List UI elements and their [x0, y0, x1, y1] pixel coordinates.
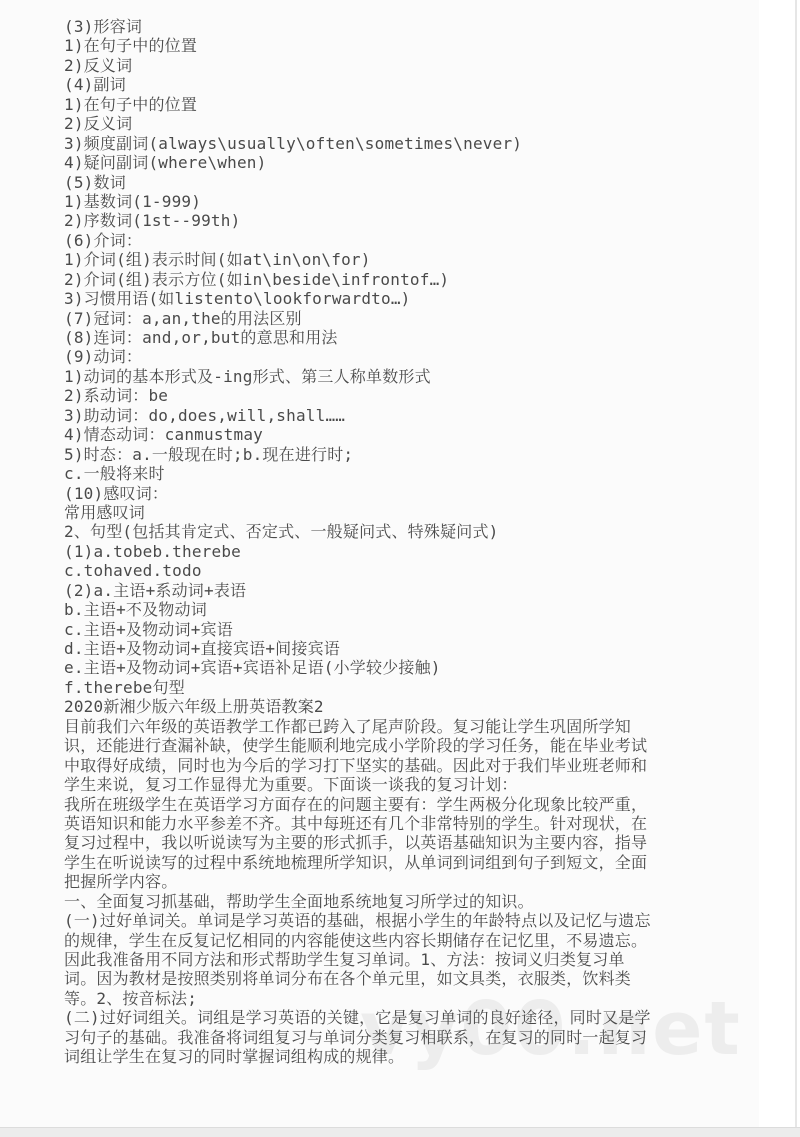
text-line: (8)连词：and,or,but的意思和用法 [64, 328, 754, 347]
text-line: 词。因为教材是按照类别将单词分布在各个单元里，如文具类，衣服类，饮料类 [64, 969, 754, 988]
text-line: 1)动词的基本形式及-ing形式、第三人称单数形式 [64, 367, 754, 386]
text-line: (6)介词： [64, 231, 754, 250]
text-line: 把握所学内容。 [64, 872, 754, 891]
text-line: 学生在听说读写的过程中系统地梳理所学知识，从单词到词组到句子到短文，全面 [64, 853, 754, 872]
text-line: (1)a.tobeb.therebe [64, 542, 754, 561]
text-line: 中取得好成绩，同时也为今后的学习打下坚实的基础。因此对于我们毕业班老师和 [64, 756, 754, 775]
text-line: c.tohaved.todo [64, 561, 754, 580]
text-line: 学生来说，复习工作显得尤为重要。下面谈一谈我的复习计划： [64, 775, 754, 794]
text-line: 4)疑问副词(where\when) [64, 153, 754, 172]
text-line: d.主语+及物动词+直接宾语+间接宾语 [64, 639, 754, 658]
text-line: 2)反义词 [64, 114, 754, 133]
text-line: (2)a.主语+系动词+表语 [64, 581, 754, 600]
text-line: 我所在班级学生在英语学习方面存在的问题主要有：学生两极分化现象比较严重， [64, 795, 754, 814]
text-line: 3)习惯用语(如listento\lookforwardto…) [64, 289, 754, 308]
text-line: 词组让学生在复习的同时掌握词组构成的规律。 [64, 1047, 754, 1066]
text-line: 1)基数词(1-999) [64, 192, 754, 211]
text-line: 习句子的基础。我准备将词组复习与单词分类复习相联系，在复习的同时一起复习 [64, 1028, 754, 1047]
text-line: e.主语+及物动词+宾语+宾语补足语(小学较少接触) [64, 658, 754, 677]
text-line: 3)频度副词(always\usually\often\sometimes\ne… [64, 134, 754, 153]
text-line: (7)冠词：a,an,the的用法区别 [64, 309, 754, 328]
text-line: c.一般将来时 [64, 464, 754, 483]
text-line: c.主语+及物动词+宾语 [64, 620, 754, 639]
text-line: 2)介词(组)表示方位(如in\beside\infrontof…) [64, 270, 754, 289]
text-line: 一、全面复习抓基础，帮助学生全面地系统地复习所学过的知识。 [64, 892, 754, 911]
text-line: 4)情态动词：canmustmay [64, 425, 754, 444]
text-line: 2)序数词(1st--99th) [64, 211, 754, 230]
text-line: (3)形容词 [64, 17, 754, 36]
text-line: 因此我准备用不同方法和形式帮助学生复习单词。1、方法：按词义归类复习单 [64, 950, 754, 969]
text-line: 英语知识和能力水平参差不齐。其中每班还有几个非常特别的学生。针对现状，在 [64, 814, 754, 833]
text-line: 常用感叹词 [64, 503, 754, 522]
text-line: 2020新湘少版六年级上册英语教案2 [64, 697, 754, 716]
text-line: 1)介词(组)表示时间(如at\in\on\for) [64, 250, 754, 269]
text-line: (5)数词 [64, 173, 754, 192]
text-line: 5)时态：a.一般现在时;b.现在进行时; [64, 445, 754, 464]
text-line: (一)过好单词关。单词是学习英语的基础，根据小学生的年龄特点以及记忆与遗忘 [64, 911, 754, 930]
page-bottom-bar [0, 1127, 800, 1137]
text-line: 1)在句子中的位置 [64, 36, 754, 55]
text-line: 2、句型(包括其肯定式、否定式、一般疑问式、特殊疑问式) [64, 522, 754, 541]
text-line: 2)反义词 [64, 56, 754, 75]
page-right-edge-divider [795, 0, 797, 1137]
text-line: (9)动词： [64, 347, 754, 366]
text-line: 目前我们六年级的英语教学工作都已跨入了尾声阶段。复习能让学生巩固所学知 [64, 717, 754, 736]
text-line: b.主语+不及物动词 [64, 600, 754, 619]
text-line: f.therebe句型 [64, 678, 754, 697]
document-lines: (3)形容词1)在句子中的位置2)反义词(4)副词1)在句子中的位置2)反义词3… [64, 17, 754, 1067]
text-line: 2)系动词：be [64, 386, 754, 405]
text-line: (10)感叹词： [64, 484, 754, 503]
scanned-document-page: vy00.net (3)形容词1)在句子中的位置2)反义词(4)副词1)在句子中… [0, 0, 800, 1137]
text-line: 识，还能进行查漏补缺，使学生能顺利地完成小学阶段的学习任务，能在毕业考试 [64, 736, 754, 755]
text-line: (4)副词 [64, 75, 754, 94]
text-line: 3)助动词：do,does,will,shall…… [64, 406, 754, 425]
text-line: (二)过好词组关。词组是学习英语的关键，它是复习单词的良好途径，同时又是学 [64, 1008, 754, 1027]
text-line: 的规律，学生在反复记忆相同的内容能使这些内容长期储存在记忆里，不易遗忘。 [64, 931, 754, 950]
text-line: 1)在句子中的位置 [64, 95, 754, 114]
text-line: 复习过程中，我以听说读写为主要的形式抓手，以英语基础知识为主要内容，指导 [64, 833, 754, 852]
text-line: 等。2、按音标法; [64, 989, 754, 1008]
